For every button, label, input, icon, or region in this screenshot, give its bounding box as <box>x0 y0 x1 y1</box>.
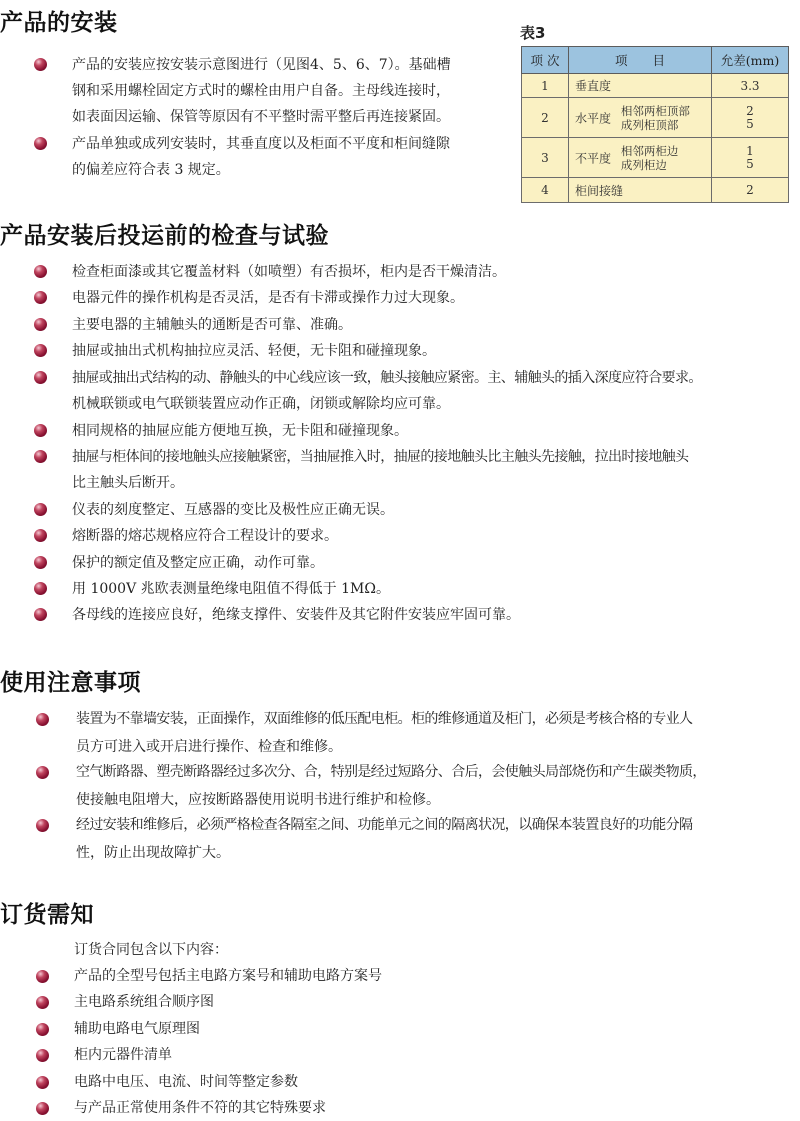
sub-label: 成列柜顶部 <box>621 118 690 132</box>
value: 2 <box>746 105 754 118</box>
bullet-icon <box>34 529 47 542</box>
list-item: 主要电器的主辅触头的通断是否可靠、准确。 <box>72 312 352 338</box>
line: 经过安装和维修后，必须严格检查各隔室之间、功能单元之间的隔离状况，以确保本装置良… <box>76 811 796 839</box>
bullet-icon <box>34 424 47 437</box>
list-item: 辅助电路电气原理图 <box>74 1016 200 1042</box>
value: 5 <box>746 118 754 131</box>
row-item-subs: 相邻两柜顶部 成列柜顶部 <box>621 104 690 132</box>
sub-label: 相邻两柜顶部 <box>621 104 690 118</box>
bullet-icon <box>34 450 47 463</box>
line: 性，防止出现故障扩大。 <box>76 839 796 867</box>
list-item: 相同规格的抽屉应能方便地互换，无卡阻和碰撞现象。 <box>72 418 408 444</box>
table-caption: 表3 <box>520 22 545 43</box>
section-title-usage: 使用注意事项 <box>0 664 141 697</box>
list-item: 检查柜面漆或其它覆盖材料（如喷塑）有否损坏，柜内是否干燥清洁。 <box>72 259 506 285</box>
header-no: 项 次 <box>522 47 569 74</box>
bullet-icon <box>34 291 47 304</box>
line: 的偏差应符合表 3 规定。 <box>72 157 512 183</box>
list-item: 空气断路器、塑壳断路器经过多次分、合，特别是经过短路分、合后，会使触头局部烧伤和… <box>76 758 796 814</box>
list-item: 电器元件的操作机构是否灵活，是否有卡滞或操作力过大现象。 <box>72 285 464 311</box>
value: 5 <box>746 158 754 171</box>
list-item: 仪表的刻度整定、互感器的变比及极性应正确无误。 <box>72 497 394 523</box>
bullet-icon <box>34 137 47 150</box>
list-item: 抽屉或抽出式机构抽拉应灵活、轻便，无卡阻和碰撞现象。 <box>72 338 436 364</box>
section-title-install: 产品的安装 <box>0 4 118 37</box>
row-no: 4 <box>522 178 569 203</box>
bullet-icon <box>34 608 47 621</box>
row-value: 2 <box>712 178 789 203</box>
list-item: 经过安装和维修后，必须严格检查各隔室之间、功能单元之间的隔离状况，以确保本装置良… <box>76 811 796 867</box>
row-item: 不平度 相邻两柜边 成列柜边 <box>569 138 712 178</box>
bullet-icon <box>36 1102 49 1115</box>
row-no: 3 <box>522 138 569 178</box>
bullet-icon <box>36 1076 49 1089</box>
table-row: 3 不平度 相邻两柜边 成列柜边 1 5 <box>522 138 789 178</box>
list-item: 主电路系统组合顺序图 <box>74 989 214 1015</box>
list-item: 与产品正常使用条件不符的其它特殊要求 <box>74 1095 326 1121</box>
line: 抽屉与柜体间的接地触头应接触紧密，当抽屉推入时，抽屉的接地触头比主触头先接触，拉… <box>72 444 797 470</box>
table-row: 2 水平度 相邻两柜顶部 成列柜顶部 2 5 <box>522 98 789 138</box>
bullet-icon <box>36 1023 49 1036</box>
row-no: 1 <box>522 74 569 98</box>
row-no: 2 <box>522 98 569 138</box>
bullet-icon <box>36 766 49 779</box>
list-item: 产品的全型号包括主电路方案号和辅助电路方案号 <box>74 963 382 989</box>
row-item-main: 不平度 <box>575 151 611 165</box>
line: 抽屉或抽出式结构的动、静触头的中心线应该一致，触头接触应紧密。主、辅触头的插入深… <box>72 365 797 391</box>
bullet-icon <box>36 1049 49 1062</box>
list-item: 电路中电压、电流、时间等整定参数 <box>74 1069 298 1095</box>
sub-label: 相邻两柜边 <box>621 144 679 158</box>
line: 员方可进入或开启进行操作、检查和维修。 <box>76 733 796 761</box>
line: 产品的安装应按安装示意图进行（见图4、5、6、7）。基础槽 <box>72 52 512 78</box>
bullet-icon <box>36 996 49 1009</box>
line: 空气断路器、塑壳断路器经过多次分、合，特别是经过短路分、合后，会使触头局部烧伤和… <box>76 758 796 786</box>
row-item: 柜间接缝 <box>569 178 712 203</box>
row-value: 2 5 <box>712 98 789 138</box>
bullet-icon <box>34 265 47 278</box>
table-row: 4 柜间接缝 2 <box>522 178 789 203</box>
list-item: 抽屉与柜体间的接地触头应接触紧密，当抽屉推入时，抽屉的接地触头比主触头先接触，拉… <box>72 444 797 496</box>
header-item: 项 目 <box>569 47 712 74</box>
list-item: 各母线的连接应良好，绝缘支撑件、安装件及其它附件安装应牢固可靠。 <box>72 602 520 628</box>
list-item: 熔断器的熔芯规格应符合工程设计的要求。 <box>72 523 338 549</box>
row-value: 3.3 <box>712 74 789 98</box>
line: 比主触头后断开。 <box>72 470 797 496</box>
header-tolerance: 允差(mm) <box>712 47 789 74</box>
row-item: 垂直度 <box>569 74 712 98</box>
list-item: 保护的额定值及整定应正确，动作可靠。 <box>72 550 324 576</box>
list-item: 用 1000V 兆欧表测量绝缘电阻值不得低于 1MΩ。 <box>72 576 390 602</box>
bullet-icon <box>34 582 47 595</box>
value: 1 <box>746 145 754 158</box>
list-item: 抽屉或抽出式结构的动、静触头的中心线应该一致，触头接触应紧密。主、辅触头的插入深… <box>72 365 797 417</box>
bullet-icon <box>34 318 47 331</box>
line: 装置为不靠墙安装，正面操作，双面维修的低压配电柜。柜的维修通道及柜门，必须是考核… <box>76 705 796 733</box>
list-item: 装置为不靠墙安装，正面操作，双面维修的低压配电柜。柜的维修通道及柜门，必须是考核… <box>76 705 796 761</box>
bullet-icon <box>34 58 47 71</box>
section-title-inspection: 产品安装后投运前的检查与试验 <box>0 217 329 250</box>
line: 产品单独或成列安装时，其垂直度以及柜面不平度和柜间缝隙 <box>72 131 512 157</box>
list-item: 产品单独或成列安装时，其垂直度以及柜面不平度和柜间缝隙 的偏差应符合表 3 规定… <box>72 131 512 183</box>
bullet-icon <box>34 344 47 357</box>
line: 钢和采用螺栓固定方式时的螺栓由用户自备。主母线连接时， <box>72 78 512 104</box>
row-item-main: 水平度 <box>575 111 611 125</box>
table-header-row: 项 次 项 目 允差(mm) <box>522 47 789 74</box>
line: 机械联锁或电气联锁装置应动作正确，闭锁或解除均应可靠。 <box>72 391 797 417</box>
row-item-subs: 相邻两柜边 成列柜边 <box>621 144 679 172</box>
bullet-icon <box>34 503 47 516</box>
sub-label: 成列柜边 <box>621 158 679 172</box>
bullet-icon <box>36 713 49 726</box>
bullet-icon <box>34 371 47 384</box>
list-item: 产品的安装应按安装示意图进行（见图4、5、6、7）。基础槽 钢和采用螺栓固定方式… <box>72 52 512 130</box>
bullet-icon <box>36 970 49 983</box>
row-item: 水平度 相邻两柜顶部 成列柜顶部 <box>569 98 712 138</box>
line: 使接触电阻增大，应按断路器使用说明书进行维护和检修。 <box>76 786 796 814</box>
section-title-ordering: 订货需知 <box>0 896 94 929</box>
bullet-icon <box>34 556 47 569</box>
row-value: 1 5 <box>712 138 789 178</box>
ordering-intro: 订货合同包含以下内容： <box>74 937 228 963</box>
line: 如表面因运输、保管等原因有不平整时需平整后再连接紧固。 <box>72 104 512 130</box>
tolerance-table: 项 次 项 目 允差(mm) 1 垂直度 3.3 2 水平度 相邻两柜顶部 成列… <box>521 46 789 203</box>
list-item: 柜内元器件清单 <box>74 1042 172 1068</box>
bullet-icon <box>36 819 49 832</box>
table-row: 1 垂直度 3.3 <box>522 74 789 98</box>
